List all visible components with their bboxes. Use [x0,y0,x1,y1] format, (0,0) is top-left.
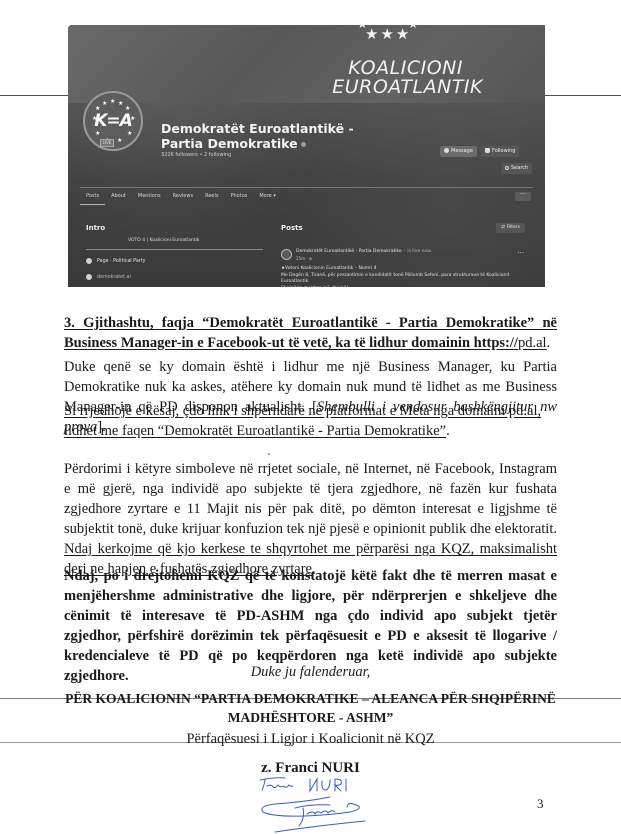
search-button[interactable]: Search [501,163,532,174]
section-3-heading: 3. Gjithashtu, faqja “Demokratët Euroatl… [64,313,557,353]
closing-thanks: Duke ju falenderuar, [0,664,621,681]
representative-title: Përfaqësuesi i Ligjor i Koalicionit në K… [0,731,621,748]
globe-icon [86,274,92,280]
post-author[interactable]: Demokratët Euroatlantikë - Partia Demokr… [296,249,432,254]
divider [80,187,533,188]
intro-category: Page · Political Party [86,258,145,264]
live-status: ◦ is live now. [403,249,432,254]
post-timestamp[interactable]: 25m · ⊕ [296,256,312,261]
tab-about[interactable]: About [105,193,132,205]
tab-more[interactable]: More ▾ [253,193,282,205]
handwritten-signature [255,774,405,834]
bell-icon [485,148,490,153]
tab-posts[interactable]: Posts [80,193,105,205]
paragraph-consequence: Si rrjedhojë e kësaj, çdo link i shpërnd… [64,401,557,441]
facebook-page-screenshot: ★★★★★ KOALICIONI EUROATLANTIK ★★★ ★★ ★★ … [68,25,545,287]
following-button[interactable]: Following [481,146,519,157]
post-body: ★Votoni Koalicionin Euroatlantik – Numri… [281,266,521,287]
tab-mentions[interactable]: Mentions [132,193,167,205]
tab-photos[interactable]: Photos [224,193,253,205]
pd-al-link[interactable]: pd.al [518,335,547,351]
page-tabs: Posts About Mentions Reviews Reels Photo… [80,193,282,205]
intro-website[interactable]: demokratet.al [86,274,131,280]
coalition-name: PËR KOALICIONIN “PARTIA DEMOKRATIKE – AL… [0,689,621,727]
more-options-button[interactable]: ··· [515,192,531,201]
live-badge: LIVE [100,139,114,147]
followers-count[interactable]: 322K followers • 2 following [161,152,231,158]
scan-dot [268,453,270,455]
intro-tagline: VOTO 4 | Koalicioni Euroatlantik [128,238,199,243]
page-number: 3 [537,796,544,812]
tab-reviews[interactable]: Reviews [167,193,199,205]
verified-icon [301,142,306,147]
page-name[interactable]: Demokratët Euroatlantikë - Partia Demokr… [161,121,391,151]
search-icon [505,166,509,170]
cover-photo: ★★★★★ KOALICIONI EUROATLANTIK [68,25,545,103]
divider [86,249,263,250]
post-options-button[interactable]: ··· [517,249,524,257]
messenger-icon [444,148,449,153]
info-icon [86,258,92,264]
post-author-avatar[interactable] [281,249,292,260]
posts-heading: Posts [281,224,303,232]
message-button[interactable]: Message [440,146,477,157]
tab-reels[interactable]: Reels [199,193,224,205]
paragraph-usage: Përdorimi i këtyre simboleve në rrjetet … [64,459,557,579]
cover-banner-text: KOALICIONI EUROATLANTIK [332,59,483,97]
stars-icon: ★★★★★ [365,25,411,43]
filters-button[interactable]: ⇄ Filters [496,223,525,233]
intro-heading: Intro [86,224,105,232]
